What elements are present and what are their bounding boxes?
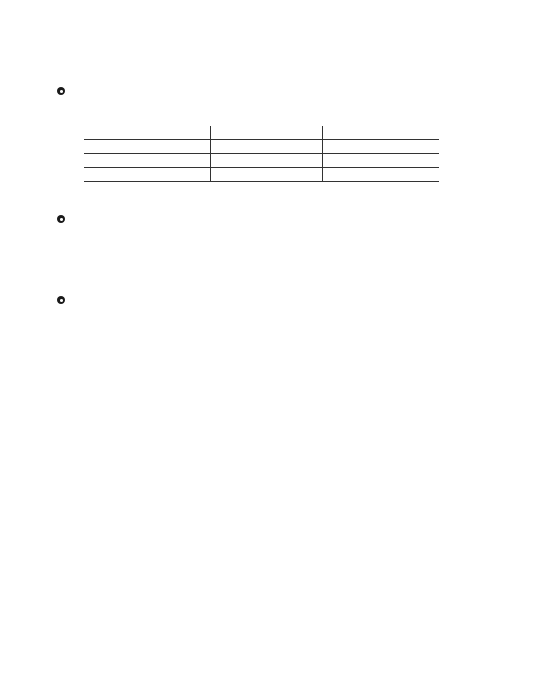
- table-header-row: [84, 126, 439, 140]
- bullet-icon: [57, 296, 65, 304]
- cell-example: [211, 168, 323, 182]
- header-model: [323, 126, 440, 140]
- cell-method: [84, 168, 211, 182]
- table-row: [84, 140, 439, 154]
- model-applicability-table: [84, 126, 439, 182]
- cell-example: [211, 140, 323, 154]
- cell-method: [84, 154, 211, 168]
- bullet-icon: [57, 215, 65, 223]
- table-row: [84, 154, 439, 168]
- cell-method: [84, 140, 211, 154]
- header-example: [211, 126, 323, 140]
- cell-model: [323, 154, 440, 168]
- cell-model: [323, 140, 440, 154]
- cell-example: [211, 154, 323, 168]
- table-row: [84, 168, 439, 182]
- header-method: [84, 126, 211, 140]
- bullet-icon: [57, 87, 65, 95]
- cell-model: [323, 168, 440, 182]
